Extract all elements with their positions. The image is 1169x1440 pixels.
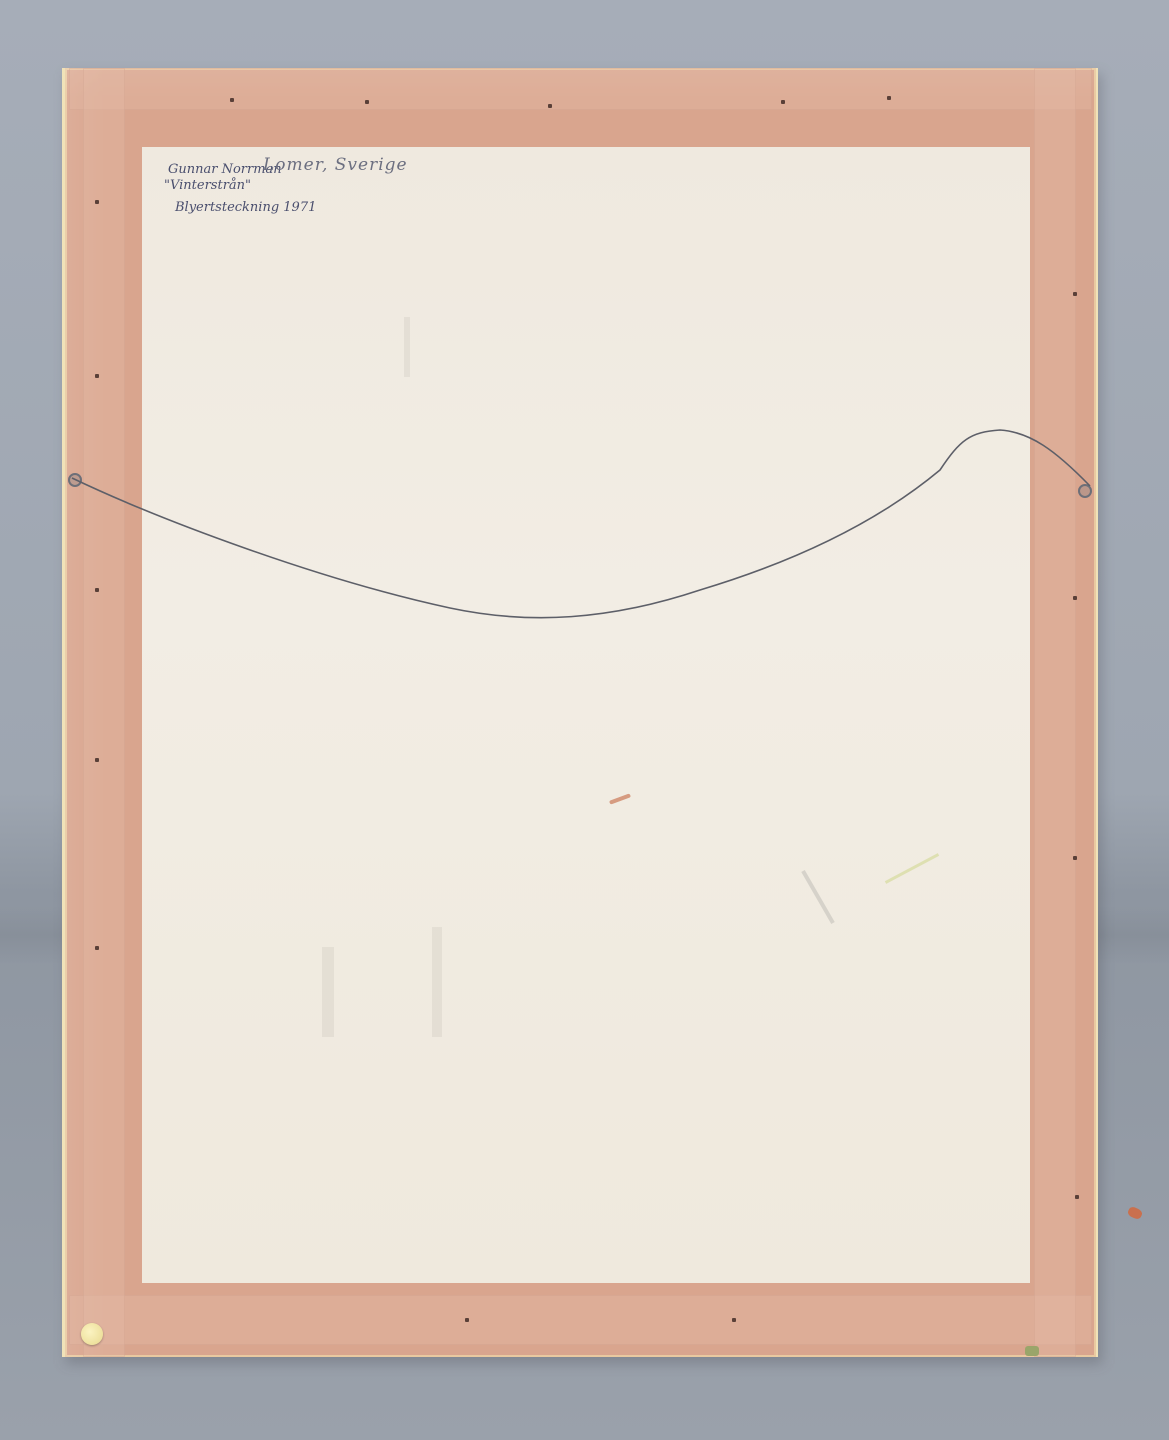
debris-fragment	[1127, 1206, 1144, 1221]
nail	[732, 1318, 736, 1322]
green-stain	[1025, 1346, 1039, 1356]
pencil-smudge	[322, 947, 334, 1037]
nail	[887, 96, 891, 100]
tape-strip-bottom	[69, 1295, 1092, 1345]
nail	[465, 1318, 469, 1322]
brass-pin-icon	[81, 1323, 103, 1345]
screw-eye-right-icon	[1078, 484, 1092, 498]
nail	[781, 100, 785, 104]
nail	[1075, 1195, 1079, 1199]
pencil-mark	[801, 870, 834, 924]
backing-paper: Gunnar Norrman Lomer, Sverige "Vinterstr…	[142, 147, 1030, 1283]
nail	[230, 98, 234, 102]
tape-strip-top	[69, 68, 1092, 110]
nail	[95, 588, 99, 592]
nail	[1073, 596, 1077, 600]
pencil-smudge	[404, 317, 410, 377]
nail	[95, 946, 99, 950]
nail	[1073, 292, 1077, 296]
nail	[1073, 856, 1077, 860]
pencil-smudge	[432, 927, 442, 1037]
artwork-title: "Vinterstrån"	[164, 179, 251, 192]
green-mark	[885, 853, 939, 884]
frame-back: Gunnar Norrman Lomer, Sverige "Vinterstr…	[62, 68, 1098, 1357]
nail	[95, 200, 99, 204]
location-text: Lomer, Sverige	[263, 157, 408, 174]
screw-eye-left-icon	[68, 473, 82, 487]
medium-year: Blyertsteckning 1971	[175, 201, 316, 214]
nail	[95, 758, 99, 762]
nail	[548, 104, 552, 108]
nail	[95, 374, 99, 378]
nail	[365, 100, 369, 104]
tape-strip-right	[1034, 68, 1076, 1357]
tape-strip-left	[83, 68, 125, 1357]
